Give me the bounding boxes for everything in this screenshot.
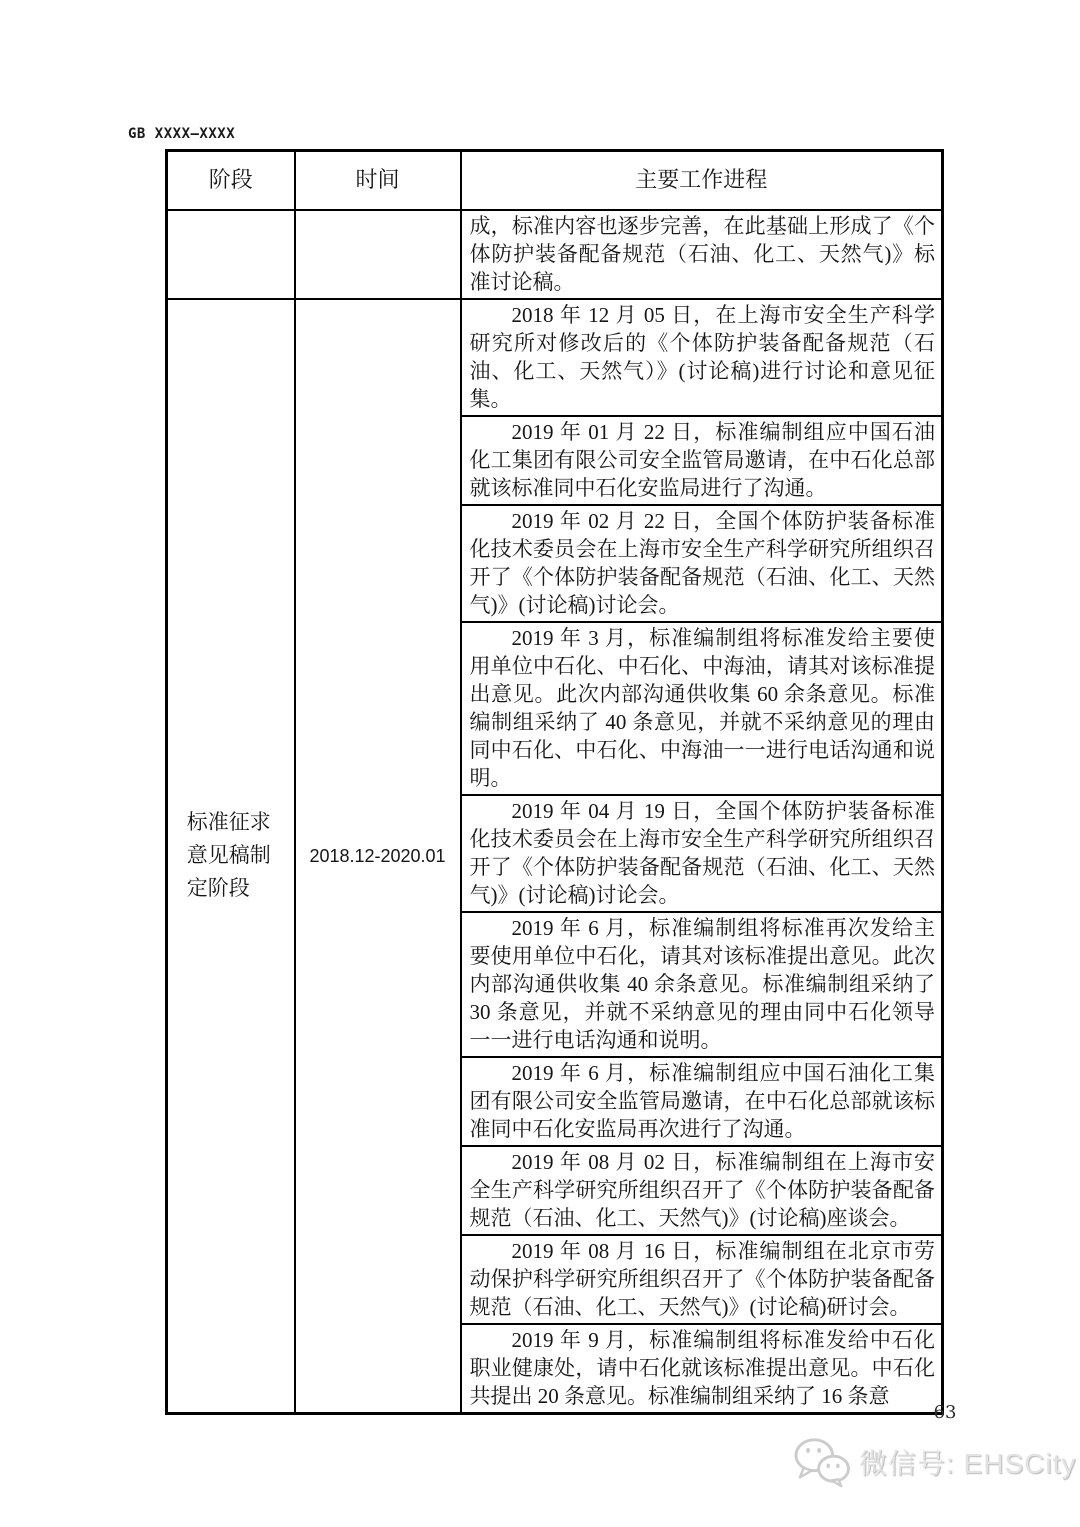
work-progress-table: 阶段 时间 主要工作进程 成，标准内容也逐步完善，在此基础上形成了《个体防护装备… (165, 149, 944, 1415)
progress-cell: 2019 年 6 月，标准编制组应中国石油化工集团有限公司安全监管局邀请，在中石… (461, 1057, 943, 1146)
progress-cell: 2019 年 04 月 19 日，全国个体防护装备标准化技术委员会在上海市安全生… (461, 795, 943, 912)
time-label: 2018.12-2020.01 (308, 841, 448, 871)
progress-cell-carryover: 成，标准内容也逐步完善，在此基础上形成了《个体防护装备配备规范（石油、化工、天然… (461, 210, 943, 299)
progress-cell: 2019 年 6 月，标准编制组将标准再次发给主要使用单位中石化，请其对该标准提… (461, 912, 943, 1057)
phase-label: 标准征求意见稿制定阶段 (187, 806, 275, 905)
phase-cell-empty (167, 210, 295, 299)
wechat-icon (793, 1436, 851, 1488)
progress-cell: 2019 年 02 月 22 日，全国个体防护装备标准化技术委员会在上海市安全生… (461, 505, 943, 622)
watermark: 微信号: EHSCity (793, 1436, 1076, 1488)
table-row: 成，标准内容也逐步完善，在此基础上形成了《个体防护装备配备规范（石油、化工、天然… (167, 210, 943, 299)
time-cell: 2018.12-2020.01 (295, 299, 461, 1414)
progress-cell: 2019 年 08 月 16 日，标准编制组在北京市劳动保护科学研究所组织召开了… (461, 1235, 943, 1324)
header-time: 时间 (295, 151, 461, 210)
phase-cell: 标准征求意见稿制定阶段 (167, 299, 295, 1414)
progress-cell: 2019 年 3 月，标准编制组将标准发给主要使用单位中石化、中石化、中海油，请… (461, 622, 943, 795)
watermark-label: 微信号: EHSCity (859, 1442, 1076, 1482)
progress-cell: 2019 年 01 月 22 日，标准编制组应中国石油化工集团有限公司安全监管局… (461, 416, 943, 505)
progress-cell: 2019 年 9 月，标准编制组将标准发给中石化职业健康处，请中石化就该标准提出… (461, 1324, 943, 1414)
page-number: 63 (920, 1402, 970, 1423)
progress-cell: 2018 年 12 月 05 日，在上海市安全生产科学研究所对修改后的《个体防护… (461, 299, 943, 416)
progress-cell: 2019 年 08 月 02 日，标准编制组在上海市安全生产科学研究所组织召开了… (461, 1146, 943, 1235)
header-progress: 主要工作进程 (461, 151, 943, 210)
table-header-row: 阶段 时间 主要工作进程 (167, 151, 943, 210)
header-phase: 阶段 (167, 151, 295, 210)
doc-code: GB XXXX—XXXX (128, 126, 235, 142)
table-row: 标准征求意见稿制定阶段 2018.12-2020.01 2018 年 12 月 … (167, 299, 943, 416)
time-cell-empty (295, 210, 461, 299)
